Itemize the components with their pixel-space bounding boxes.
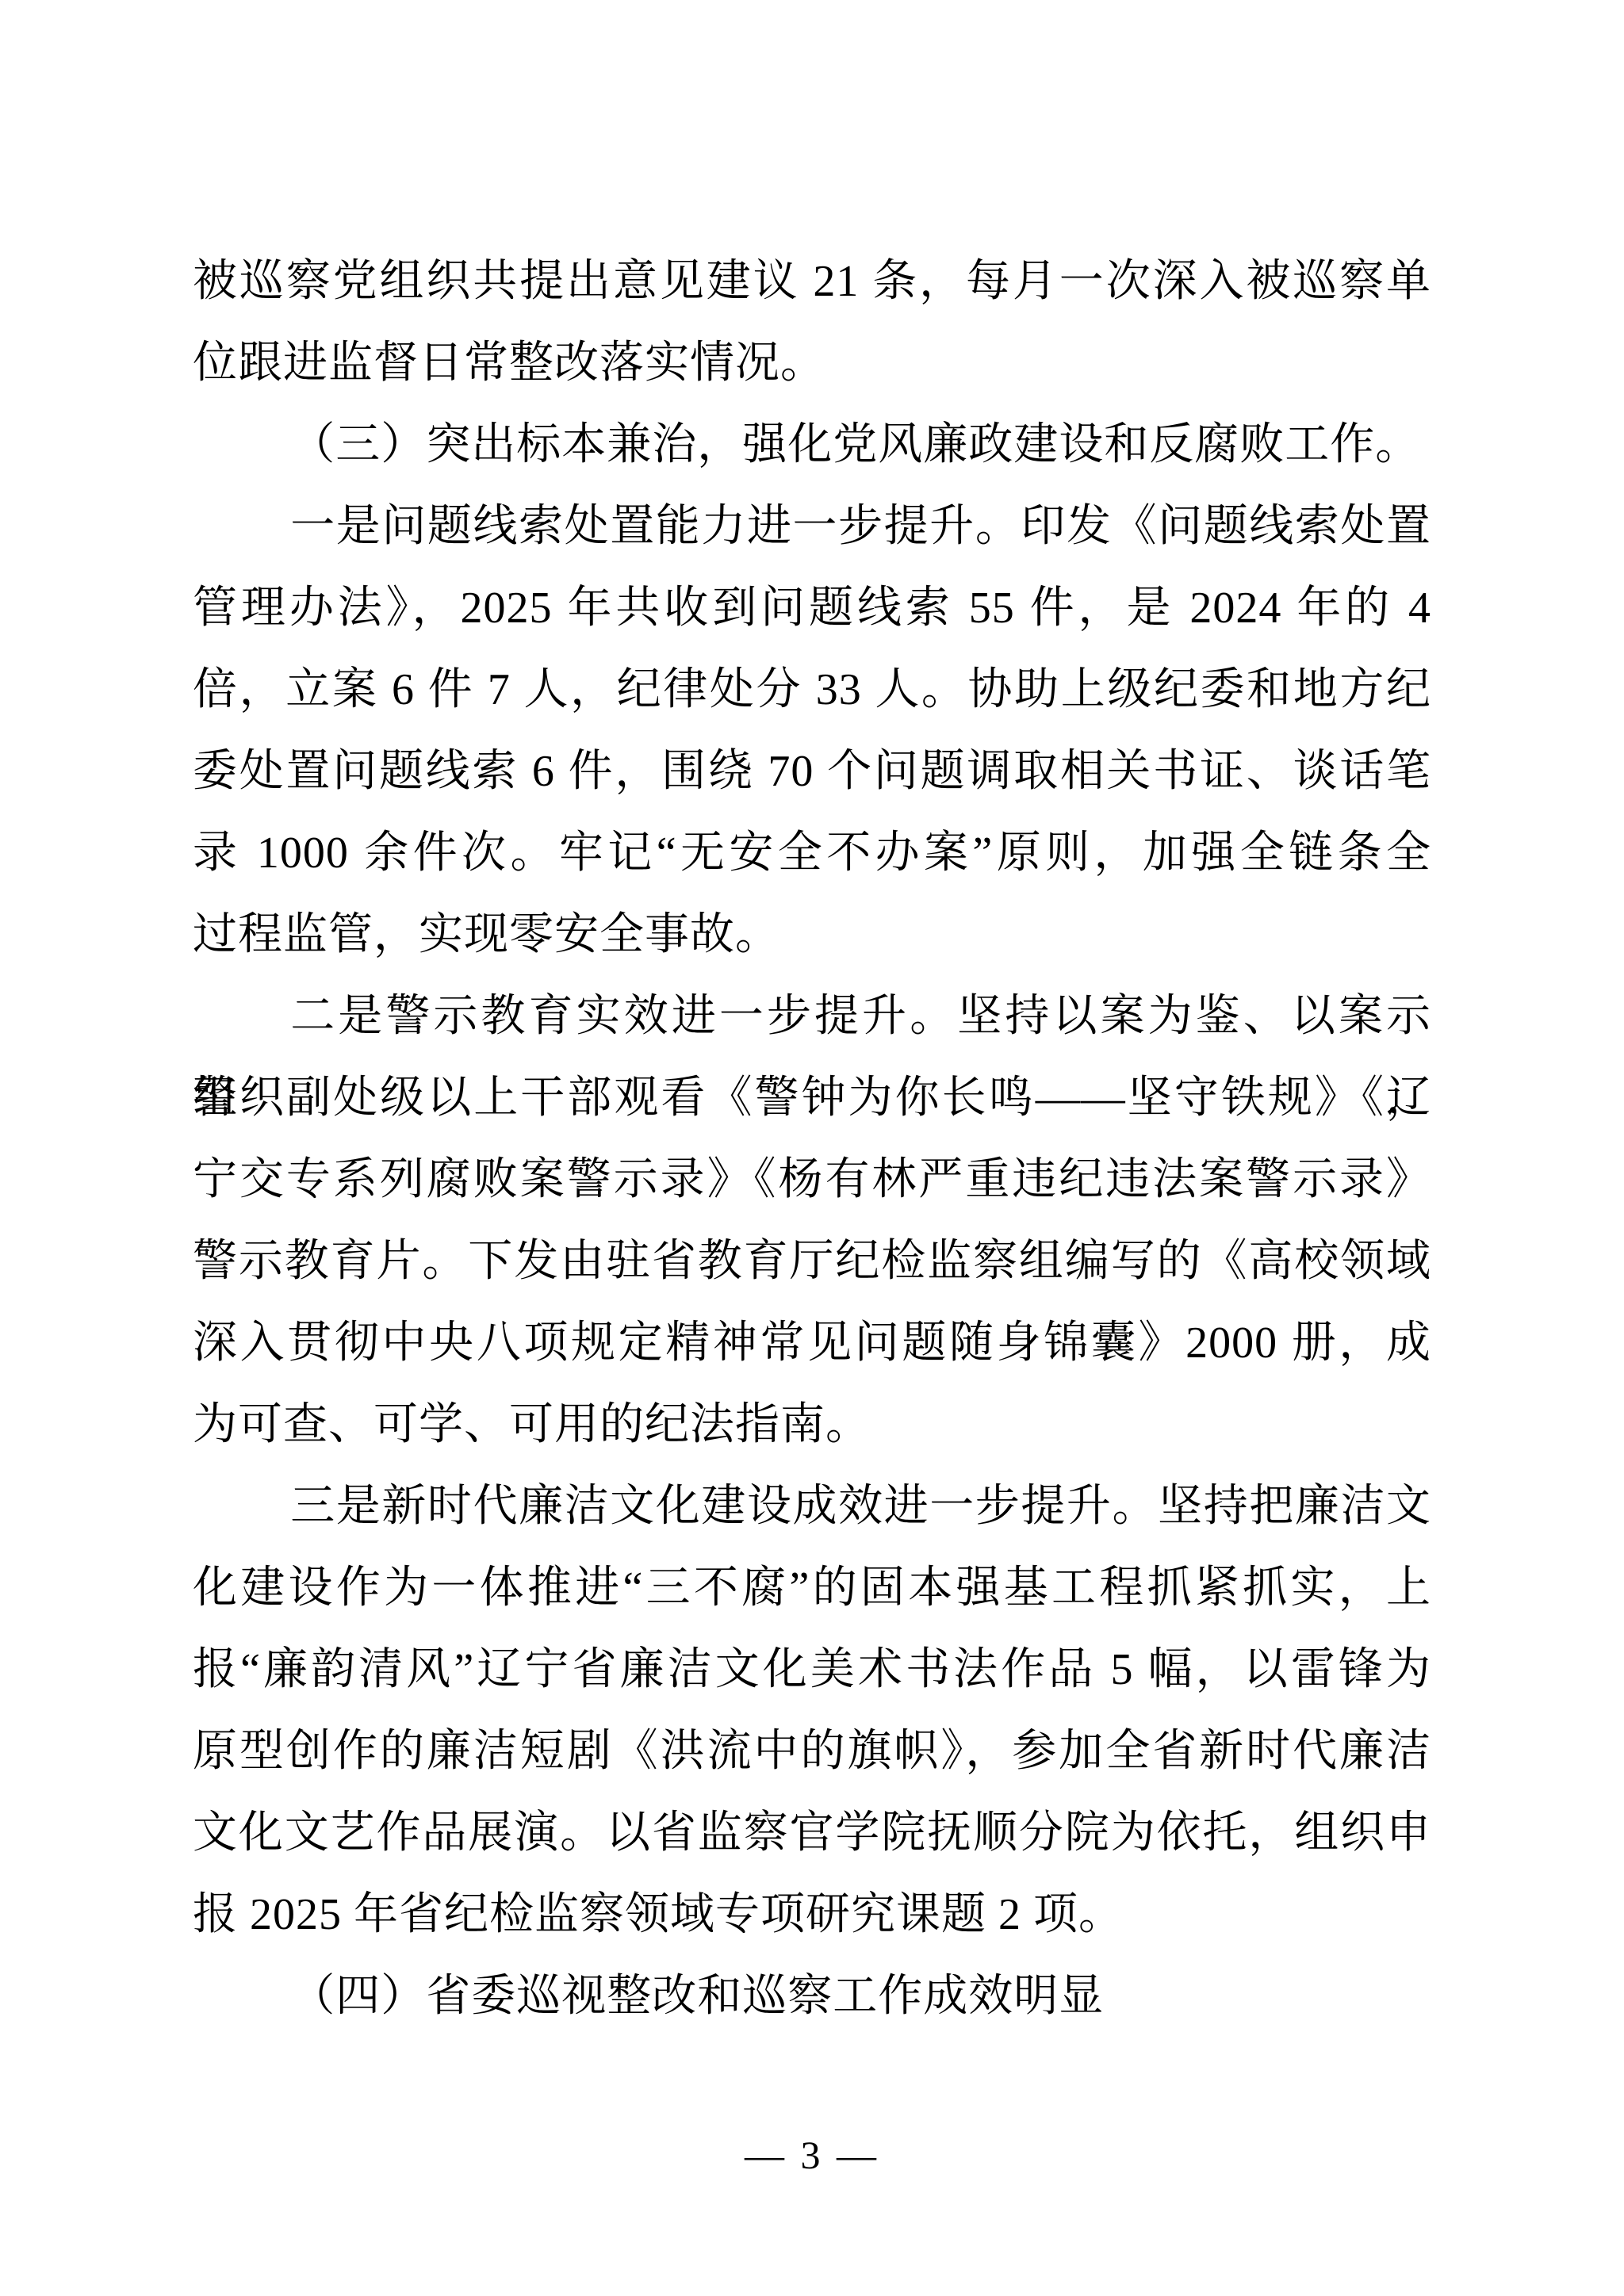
text-line: 过程监管，实现零安全事故。 — [193, 894, 1431, 976]
text-line: （三）突出标本兼治，强化党风廉政建设和反腐败工作。 — [193, 404, 1431, 486]
text-line: 深入贯彻中央八项规定精神常见问题随身锦囊》2000 册，成 — [193, 1303, 1431, 1384]
text-line: 宁交专系列腐败案警示录》《杨有林严重违纪违法案警示录》 — [193, 1139, 1431, 1221]
document-page: 被巡察党组织共提出意见建议 21 条，每月一次深入被巡察单位跟进监督日常整改落实… — [0, 0, 1624, 2296]
text-line: 原型创作的廉洁短剧《洪流中的旗帜》，参加全省新时代廉洁 — [193, 1711, 1431, 1793]
text-line: 一是问题线索处置能力进一步提升。印发《问题线索处置 — [193, 486, 1431, 568]
text-line: 组织副处级以上干部观看《警钟为你长鸣——坚守铁规》《辽 — [193, 1058, 1431, 1139]
text-line: 警示教育片。下发由驻省教育厅纪检监察组编写的《高校领域 — [193, 1221, 1431, 1303]
text-line: 为可查、可学、可用的纪法指南。 — [193, 1384, 1431, 1466]
text-line: 倍，立案 6 件 7 人，纪律处分 33 人。协助上级纪委和地方纪 — [193, 649, 1431, 731]
text-line: 二是警示教育实效进一步提升。坚持以案为鉴、以案示警， — [193, 976, 1431, 1058]
page-number: — 3 — — [0, 2130, 1624, 2180]
text-line: 被巡察党组织共提出意见建议 21 条，每月一次深入被巡察单 — [193, 241, 1431, 323]
text-line: 录 1000 余件次。牢记“无安全不办案”原则，加强全链条全 — [193, 813, 1431, 894]
text-line: 化建设作为一体推进“三不腐”的固本强基工程抓紧抓实，上 — [193, 1548, 1431, 1629]
text-line: 管理办法》，2025 年共收到问题线索 55 件，是 2024 年的 4 — [193, 568, 1431, 649]
text-line: 位跟进监督日常整改落实情况。 — [193, 323, 1431, 404]
document-body: 被巡察党组织共提出意见建议 21 条，每月一次深入被巡察单位跟进监督日常整改落实… — [193, 241, 1431, 2038]
text-line: 委处置问题线索 6 件，围绕 70 个问题调取相关书证、谈话笔 — [193, 731, 1431, 813]
text-line: 三是新时代廉洁文化建设成效进一步提升。坚持把廉洁文 — [193, 1466, 1431, 1548]
text-line: 文化文艺作品展演。以省监察官学院抚顺分院为依托，组织申 — [193, 1793, 1431, 1874]
text-line: （四）省委巡视整改和巡察工作成效明显 — [193, 1956, 1431, 2038]
text-line: 报 2025 年省纪检监察领域专项研究课题 2 项。 — [193, 1874, 1431, 1956]
text-line: 报“廉韵清风”辽宁省廉洁文化美术书法作品 5 幅，以雷锋为 — [193, 1629, 1431, 1711]
